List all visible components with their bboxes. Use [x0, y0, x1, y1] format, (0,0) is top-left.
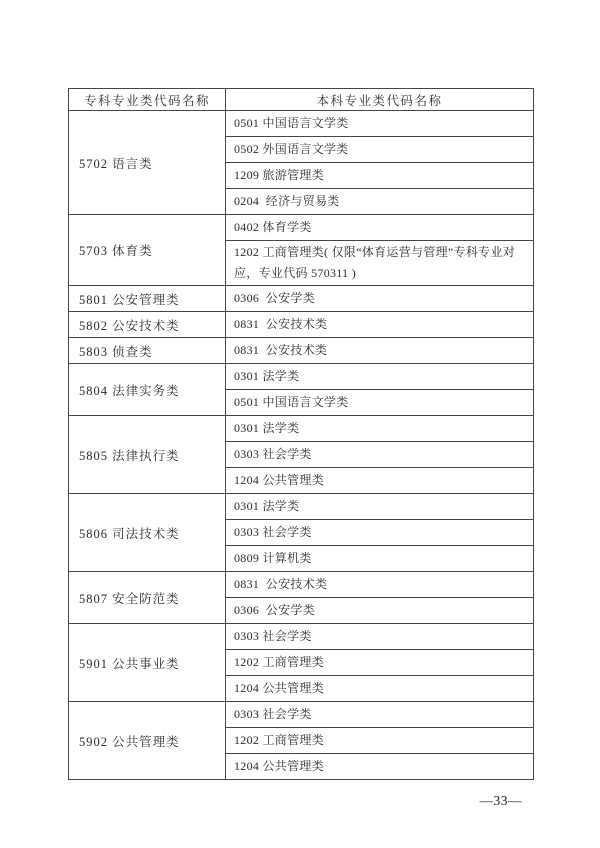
benke-category-cell: 0301 法学类 [226, 364, 534, 390]
benke-category-cell: 0303 社会学类 [226, 520, 534, 546]
benke-category-cell: 1209 旅游管理类 [226, 163, 534, 189]
zhuanke-category-cell: 5802 公安技术类 [69, 312, 226, 338]
zhuanke-category-cell: 5804 法律实务类 [69, 364, 226, 416]
table-row: 5802 公安技术类0831 公安技术类 [69, 312, 534, 338]
table-row: 5901 公共事业类0303 社会学类 [69, 624, 534, 650]
table-row: 5702 语言类0501 中国语言文学类 [69, 111, 534, 137]
benke-category-cell: 0831 公安技术类 [226, 312, 534, 338]
benke-category-cell: 1204 公共管理类 [226, 676, 534, 702]
table-row: 5703 体育类0402 体育学类 [69, 215, 534, 241]
benke-category-cell: 0301 法学类 [226, 494, 534, 520]
table-row: 5807 安全防范类0831 公安技术类 [69, 572, 534, 598]
zhuanke-category-cell: 5805 法律执行类 [69, 416, 226, 494]
benke-category-cell: 1202 工商管理类( 仅限“体育运营与管理”专科专业对应，专业代码 57031… [226, 241, 534, 286]
table-row: 5805 法律执行类0301 法学类 [69, 416, 534, 442]
benke-category-cell: 0303 社会学类 [226, 702, 534, 728]
zhuanke-category-cell: 5806 司法技术类 [69, 494, 226, 572]
benke-category-cell: 1202 工商管理类 [226, 728, 534, 754]
benke-category-cell: 0501 中国语言文学类 [226, 390, 534, 416]
benke-category-cell: 1204 公共管理类 [226, 754, 534, 780]
page-number: —33— [480, 793, 523, 809]
zhuanke-category-cell: 5703 体育类 [69, 215, 226, 286]
document-page: 专科专业类代码名称 本科专业类代码名称 5702 语言类0501 中国语言文学类… [0, 0, 600, 848]
benke-category-cell: 0306 公安学类 [226, 286, 534, 312]
table-body: 5702 语言类0501 中国语言文学类0502 外国语言文学类1209 旅游管… [69, 111, 534, 780]
benke-category-cell: 0303 社会学类 [226, 442, 534, 468]
benke-category-cell: 0306 公安学类 [226, 598, 534, 624]
benke-category-cell: 1204 公共管理类 [226, 468, 534, 494]
major-code-mapping-table: 专科专业类代码名称 本科专业类代码名称 5702 语言类0501 中国语言文学类… [68, 88, 534, 780]
zhuanke-category-cell: 5801 公安管理类 [69, 286, 226, 312]
col-header-benke-codes: 本科专业类代码名称 [226, 89, 534, 111]
table-row: 5804 法律实务类0301 法学类 [69, 364, 534, 390]
table-row: 5806 司法技术类0301 法学类 [69, 494, 534, 520]
table-row: 5801 公安管理类0306 公安学类 [69, 286, 534, 312]
zhuanke-category-cell: 5902 公共管理类 [69, 702, 226, 780]
benke-category-cell: 0303 社会学类 [226, 624, 534, 650]
benke-category-cell: 0502 外国语言文学类 [226, 137, 534, 163]
zhuanke-category-cell: 5807 安全防范类 [69, 572, 226, 624]
benke-category-cell: 0831 公安技术类 [226, 572, 534, 598]
table-header-row: 专科专业类代码名称 本科专业类代码名称 [69, 89, 534, 111]
table-row: 5902 公共管理类0303 社会学类 [69, 702, 534, 728]
zhuanke-category-cell: 5702 语言类 [69, 111, 226, 215]
benke-category-cell: 0402 体育学类 [226, 215, 534, 241]
benke-category-cell: 0204 经济与贸易类 [226, 189, 534, 215]
zhuanke-category-cell: 5901 公共事业类 [69, 624, 226, 702]
col-header-zhuanke-codes: 专科专业类代码名称 [69, 89, 226, 111]
benke-category-cell: 1202 工商管理类 [226, 650, 534, 676]
benke-category-cell: 0831 公安技术类 [226, 338, 534, 364]
zhuanke-category-cell: 5803 侦查类 [69, 338, 226, 364]
benke-category-cell: 0809 计算机类 [226, 546, 534, 572]
benke-category-cell: 0501 中国语言文学类 [226, 111, 534, 137]
table-row: 5803 侦查类0831 公安技术类 [69, 338, 534, 364]
benke-category-cell: 0301 法学类 [226, 416, 534, 442]
